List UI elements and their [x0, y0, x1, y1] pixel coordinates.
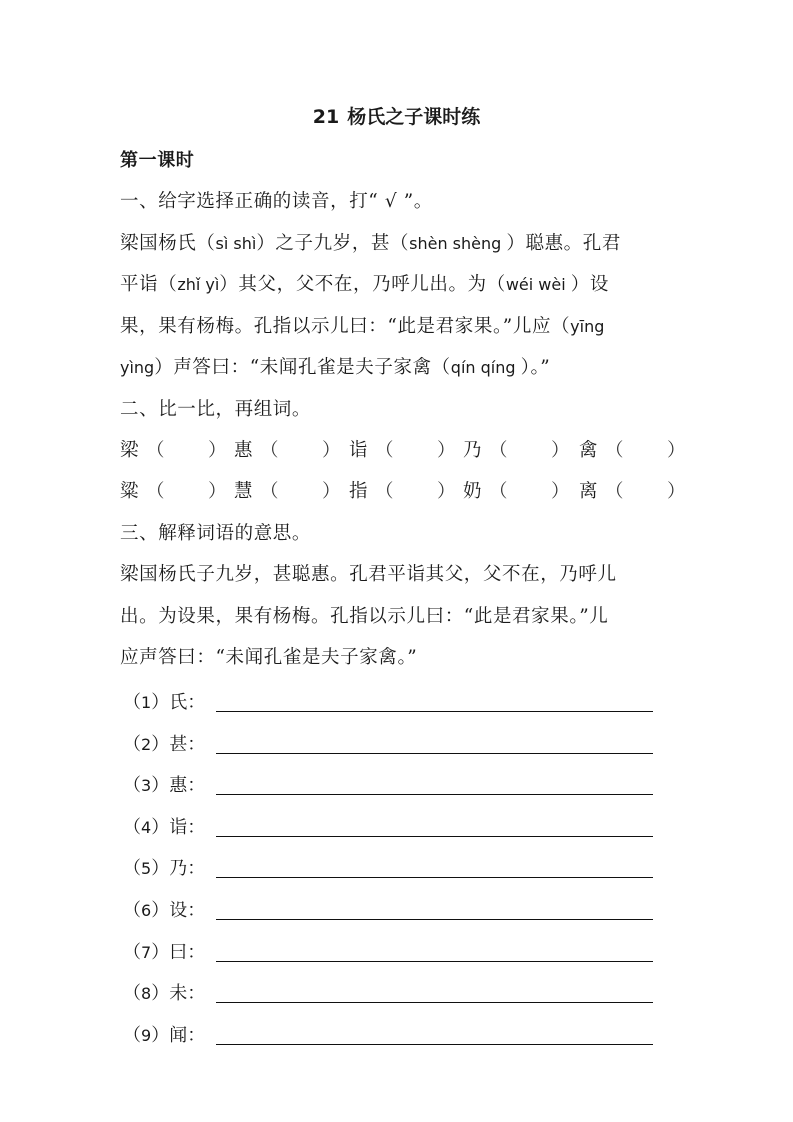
word-blank-close: ）: [322, 438, 341, 464]
word-blank-close: ）: [437, 479, 456, 505]
passage-text: 果，果有杨梅。孔指以示儿曰：“此是君家果。”儿应（: [120, 316, 570, 337]
page-title: 21杨氏之子课时练: [0, 104, 793, 130]
definition-question-2: （2）甚：: [123, 732, 658, 760]
compare-char: 离: [579, 479, 598, 505]
compare-item: 乃 （ ）: [463, 438, 563, 464]
word-blank-open[interactable]: （: [605, 438, 624, 464]
word-blank-open[interactable]: （: [489, 479, 508, 505]
compare-char: 乃: [463, 438, 482, 464]
answer-line-input[interactable]: [216, 794, 653, 795]
answer-line-input[interactable]: [216, 1044, 653, 1045]
compare-item: 慧 （ ）: [234, 479, 334, 505]
section1-passage-line-4: yìng）声答曰：“未闻孔雀是夫子家禽（qín qíng ）。”: [120, 355, 680, 381]
word-blank-open[interactable]: （: [375, 479, 394, 505]
question-label: （3）惠：: [123, 773, 205, 799]
compare-item: 粱 （ ）: [120, 479, 220, 505]
word-blank-close: ）: [551, 479, 570, 505]
section3-passage-line-1: 梁国杨氏子九岁，甚聪惠。孔君平诣其父，父不在，乃呼儿: [120, 562, 680, 588]
section1-passage-line-2: 平诣（zhǐ yì）其父，父不在，乃呼儿出。为（wéi wèi ）设: [120, 272, 680, 298]
word-blank-open[interactable]: （: [146, 479, 165, 505]
compare-row-1: 梁 （ ） 惠 （ ） 诣 （ ） 乃 （ ） 禽 （ ）: [120, 438, 676, 464]
passage-text: ）声答曰：“未闻孔雀是夫子家禽（: [154, 357, 451, 378]
pinyin-options-yi[interactable]: zhǐ yì: [177, 275, 219, 294]
word-blank-open[interactable]: （: [605, 479, 624, 505]
compare-char: 诣: [349, 438, 368, 464]
section3-passage-line-2: 出。为设果，果有杨梅。孔指以示儿曰：“此是君家果。”儿: [120, 604, 680, 630]
worksheet-page: 21杨氏之子课时练 第一课时 一、给字选择正确的读音，打“ √ ”。 梁国杨氏（…: [0, 0, 793, 1122]
pinyin-options-ying-part2[interactable]: yìng: [120, 358, 154, 377]
word-blank-close: ）: [667, 479, 686, 505]
definition-question-5: （5）乃：: [123, 856, 658, 884]
definition-question-6: （6）设：: [123, 898, 658, 926]
pinyin-options-qin[interactable]: qín qíng: [451, 358, 521, 377]
compare-item: 离 （ ）: [579, 479, 679, 505]
compare-char: 粱: [120, 479, 139, 505]
compare-char: 指: [349, 479, 368, 505]
answer-line-input[interactable]: [216, 836, 653, 837]
definition-question-4: （4）诣：: [123, 815, 658, 843]
compare-char: 惠: [234, 438, 253, 464]
word-blank-close: ）: [208, 479, 227, 505]
passage-text: ）设: [571, 274, 609, 295]
compare-item: 梁 （ ）: [120, 438, 220, 464]
section2-heading: 二、比一比，再组词。: [120, 397, 680, 423]
word-blank-open[interactable]: （: [146, 438, 165, 464]
compare-item: 诣 （ ）: [349, 438, 449, 464]
definition-question-8: （8）未：: [123, 981, 658, 1009]
lesson-number: 21: [313, 106, 339, 128]
passage-text: ）其父，父不在，乃呼儿出。为（: [219, 274, 506, 295]
answer-line-input[interactable]: [216, 919, 653, 920]
word-blank-close: ）: [322, 479, 341, 505]
answer-line-input[interactable]: [216, 961, 653, 962]
word-blank-close: ）: [667, 438, 686, 464]
question-label: （8）未：: [123, 981, 205, 1007]
question-label: （9）闻：: [123, 1023, 205, 1049]
section3-passage-line-3: 应声答曰：“未闻孔雀是夫子家禽。”: [120, 645, 680, 671]
word-blank-close: ）: [208, 438, 227, 464]
pinyin-options-wei[interactable]: wéi wèi: [506, 275, 571, 294]
word-blank-close: ）: [551, 438, 570, 464]
word-blank-open[interactable]: （: [260, 438, 279, 464]
passage-text: 平诣（: [120, 274, 177, 295]
answer-line-input[interactable]: [216, 753, 653, 754]
compare-item: 指 （ ）: [349, 479, 449, 505]
compare-item: 惠 （ ）: [234, 438, 334, 464]
definition-question-9: （9）闻：: [123, 1023, 658, 1051]
compare-item: 奶 （ ）: [463, 479, 563, 505]
definition-question-7: （7）曰：: [123, 940, 658, 968]
lesson-title: 杨氏之子课时练: [347, 106, 480, 128]
passage-text: 梁国杨氏（: [120, 233, 216, 254]
passage-text: ）。”: [521, 357, 551, 378]
word-blank-open[interactable]: （: [489, 438, 508, 464]
lesson-period-label: 第一课时: [120, 148, 680, 174]
definition-question-3: （3）惠：: [123, 773, 658, 801]
word-blank-open[interactable]: （: [260, 479, 279, 505]
compare-item: 禽 （ ）: [579, 438, 679, 464]
question-label: （4）诣：: [123, 815, 205, 841]
compare-char: 梁: [120, 438, 139, 464]
pinyin-options-ying-part1[interactable]: yīng: [570, 317, 604, 336]
pinyin-options-shen[interactable]: shèn shèng: [409, 234, 506, 253]
compare-row-2: 粱 （ ） 慧 （ ） 指 （ ） 奶 （ ） 离 （ ）: [120, 479, 676, 505]
answer-line-input[interactable]: [216, 877, 653, 878]
word-blank-open[interactable]: （: [375, 438, 394, 464]
section1-passage-line-3: 果，果有杨梅。孔指以示儿曰：“此是君家果。”儿应（yīng: [120, 314, 680, 340]
question-label: （2）甚：: [123, 732, 205, 758]
answer-line-input[interactable]: [216, 711, 653, 712]
question-label: （1）氏：: [123, 690, 205, 716]
compare-char: 禽: [579, 438, 598, 464]
section1-heading: 一、给字选择正确的读音，打“ √ ”。: [120, 189, 680, 215]
compare-char: 慧: [234, 479, 253, 505]
answer-line-input[interactable]: [216, 1002, 653, 1003]
pinyin-options-shi[interactable]: sì shì: [216, 234, 257, 253]
compare-char: 奶: [463, 479, 482, 505]
word-blank-close: ）: [437, 438, 456, 464]
section3-heading: 三、解释词语的意思。: [120, 521, 680, 547]
definition-question-1: （1）氏：: [123, 690, 658, 718]
question-label: （6）设：: [123, 898, 205, 924]
question-label: （5）乃：: [123, 856, 205, 882]
passage-text: ）之子九岁，甚（: [256, 233, 409, 254]
question-label: （7）曰：: [123, 940, 205, 966]
section1-passage-line-1: 梁国杨氏（sì shì）之子九岁，甚（shèn shèng ）聪惠。孔君: [120, 231, 680, 257]
passage-text: ）聪惠。孔君: [506, 233, 621, 254]
